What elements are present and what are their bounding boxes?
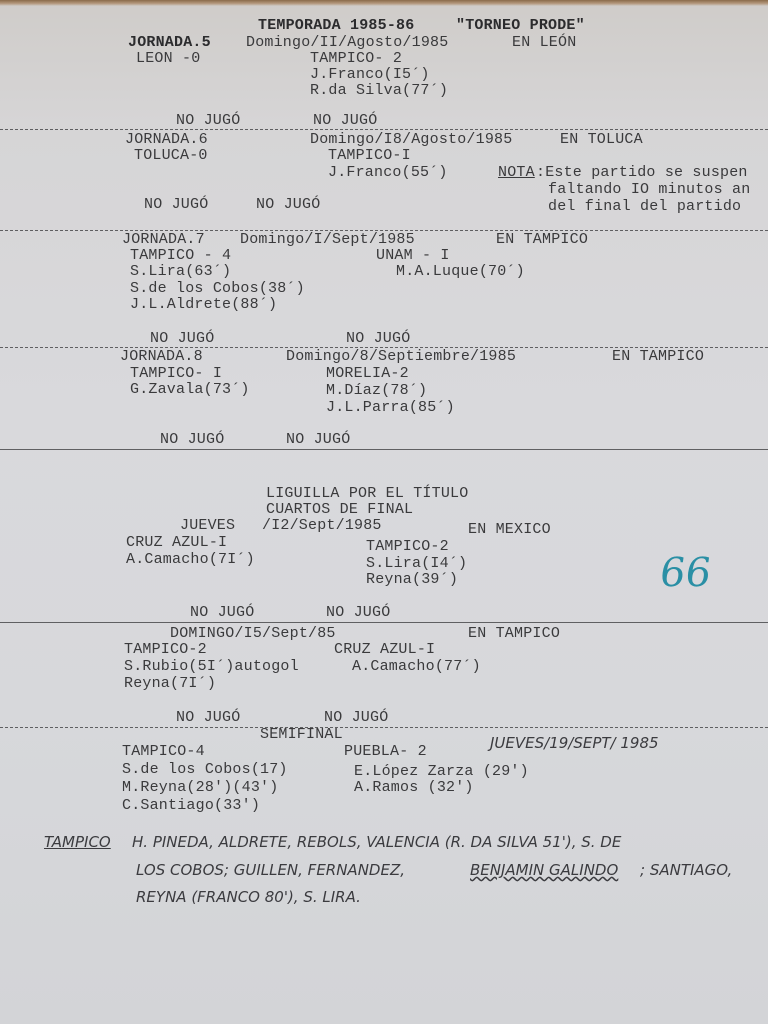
home-team-score: TOLUCA-0 xyxy=(134,148,208,164)
away-team-score: MORELIA-2 xyxy=(326,366,409,382)
home-team-score: LEON -0 xyxy=(136,51,200,67)
lineup-team-label: TAMPICO xyxy=(44,834,111,851)
away-team-score: TAMPICO-2 xyxy=(366,539,449,555)
home-scorer: Reyna(7I´) xyxy=(124,676,216,692)
away-scorer: A.Ramos (32') xyxy=(354,780,474,796)
home-team-score: CRUZ AZUL-I xyxy=(126,535,227,551)
home-team-score: TAMPICO-4 xyxy=(122,744,205,760)
home-scorer: S.de los Cobos(38´) xyxy=(130,281,305,297)
away-team-score: TAMPICO- 2 xyxy=(310,51,402,67)
separator-line xyxy=(0,727,768,728)
tournament-title: "TORNEO PRODE" xyxy=(456,18,585,34)
match-date: Domingo/II/Agosto/1985 xyxy=(246,35,448,51)
away-team-score: CRUZ AZUL-I xyxy=(334,642,435,658)
home-scorer: S.Rubio(5I´)autogol xyxy=(124,659,299,675)
round-label: JORNADA.7 xyxy=(122,232,205,248)
separator-line xyxy=(0,449,768,450)
round-label: JORNADA.5 xyxy=(128,35,211,51)
semifinal-title: SEMIFINAL xyxy=(260,727,343,743)
away-scorer: Reyna(39´) xyxy=(366,572,458,588)
page-number-handwritten: 66 xyxy=(657,553,714,593)
match-date: Domingo/I8/Agosto/1985 xyxy=(310,132,512,148)
note-line: faltando IO minutos an xyxy=(548,182,750,198)
match-date: Domingo/8/Septiembre/1985 xyxy=(286,349,516,365)
round-label: JORNADA.8 xyxy=(120,349,203,365)
match-date: /I2/Sept/1985 xyxy=(262,518,382,534)
no-jugo-label: NO JUGÓ xyxy=(150,331,214,347)
match-date: Domingo/I/Sept/1985 xyxy=(240,232,415,248)
no-jugo-label: NO JUGÓ xyxy=(313,113,377,129)
lineup-line: H. PINEDA, ALDRETE, REBOLS, VALENCIA (R.… xyxy=(132,834,621,851)
match-venue: EN TAMPICO xyxy=(612,349,704,365)
away-scorer: M.A.Luque(70´) xyxy=(396,264,525,280)
match-venue: EN MEXICO xyxy=(468,522,551,538)
note-line: :Este partido se suspen xyxy=(536,165,748,181)
no-jugo-label: NO JUGÓ xyxy=(144,197,208,213)
away-team-score: PUEBLA- 2 xyxy=(344,744,427,760)
home-scorer: C.Santiago(33') xyxy=(122,798,260,814)
home-scorer: S.Lira(63´) xyxy=(130,264,231,280)
home-scorer: M.Reyna(28')(43') xyxy=(122,780,278,796)
away-scorer: J.Franco(55´) xyxy=(328,165,448,181)
no-jugo-label: NO JUGÓ xyxy=(324,710,388,726)
match-venue: EN TAMPICO xyxy=(468,626,560,642)
no-jugo-label: NO JUGÓ xyxy=(160,432,224,448)
paper-top-edge xyxy=(0,0,768,6)
no-jugo-label: NO JUGÓ xyxy=(176,710,240,726)
lineup-line: REYNA (FRANCO 80'), S. LIRA. xyxy=(136,889,361,906)
away-scorer: A.Camacho(77´) xyxy=(352,659,481,675)
away-scorer: R.da Silva(77´) xyxy=(310,83,448,99)
home-team-score: TAMPICO - 4 xyxy=(130,248,231,264)
home-scorer: J.L.Aldrete(88´) xyxy=(130,297,277,313)
away-scorer: J.L.Parra(85´) xyxy=(326,400,455,416)
match-venue: EN TOLUCA xyxy=(560,132,643,148)
home-scorer: G.Zavala(73´) xyxy=(130,382,250,398)
note-line: del final del partido xyxy=(548,199,741,215)
liguilla-title: LIGUILLA POR EL TÍTULO xyxy=(266,486,468,502)
away-scorer: J.Franco(I5´) xyxy=(310,67,430,83)
no-jugo-label: NO JUGÓ xyxy=(176,113,240,129)
no-jugo-label: NO JUGÓ xyxy=(346,331,410,347)
lineup-line: LOS COBOS; GUILLEN, FERNANDEZ, xyxy=(136,862,405,879)
season-title: TEMPORADA 1985-86 xyxy=(258,18,414,34)
lineup-underlined-player: BENJAMIN GALINDO xyxy=(470,862,618,879)
note-label: NOTA xyxy=(498,165,535,181)
away-scorer: M.Díaz(78´) xyxy=(326,383,427,399)
away-scorer: E.López Zarza (29') xyxy=(354,764,529,780)
no-jugo-label: NO JUGÓ xyxy=(286,432,350,448)
away-scorer: S.Lira(I4´) xyxy=(366,556,467,572)
separator-line xyxy=(0,129,768,130)
liguilla-stage: CUARTOS DE FINAL xyxy=(266,502,413,518)
home-team-score: TAMPICO-2 xyxy=(124,642,207,658)
home-scorer: S.de los Cobos(17) xyxy=(122,762,288,778)
no-jugo-label: NO JUGÓ xyxy=(256,197,320,213)
semifinal-date-handwritten: JUEVES/19/SEPT/ 1985 xyxy=(490,735,659,752)
home-scorer: A.Camacho(7I´) xyxy=(126,552,255,568)
no-jugo-label: NO JUGÓ xyxy=(326,605,390,621)
match-venue: EN TAMPICO xyxy=(496,232,588,248)
away-team-score: TAMPICO-I xyxy=(328,148,411,164)
match-venue: EN LEÓN xyxy=(512,35,576,51)
round-label: JORNADA.6 xyxy=(125,132,208,148)
home-team-score: TAMPICO- I xyxy=(130,366,222,382)
no-jugo-label: NO JUGÓ xyxy=(190,605,254,621)
away-team-score: UNAM - I xyxy=(376,248,450,264)
lineup-line-tail: ; SANTIAGO, xyxy=(640,862,732,879)
match-day: JUEVES xyxy=(180,518,235,534)
match-date: DOMINGO/I5/Sept/85 xyxy=(170,626,336,642)
separator-line xyxy=(0,622,768,623)
